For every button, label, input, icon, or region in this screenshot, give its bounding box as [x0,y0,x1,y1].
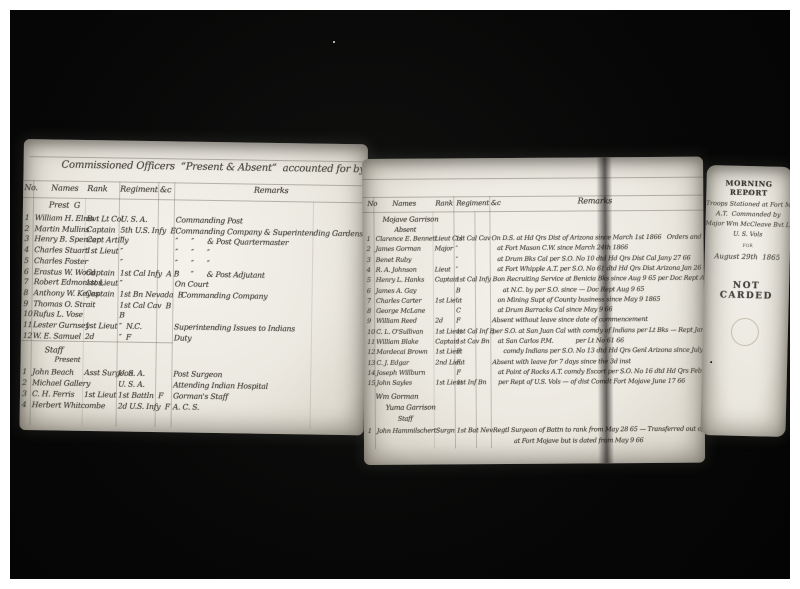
cell-no: 11 [367,338,375,346]
cell-rank [86,257,118,258]
cell-name: C. H. Ferris [32,389,82,399]
cell-regiment: F [456,368,489,376]
cell-regiment: F [456,347,489,355]
cell-name: Rufus L. Vose [33,309,83,319]
cell-no: 9 [23,299,32,308]
cell-regiment: ″ [456,265,489,273]
table-row: 15John Sayles1st Lieut1st Inf Bn per Rep… [364,377,705,390]
footer-staff-label: Staff [398,415,413,423]
cell-name: Henry B. Spencer [34,235,84,245]
cell-rank: 1st Lieut [435,348,455,356]
cell-name: Erastus W. Wood [34,267,84,277]
column-header-remarks: Remarks [492,196,697,206]
cell-no: 4 [367,266,375,274]
cell-regiment: B [456,286,489,294]
cell-name: C. J. Edgar [376,358,432,366]
garrison-table-rows: 1Clarence E. BennettLieut Col1st Cal Cav… [362,157,703,159]
cell-name: Mordecai Brown [376,348,432,356]
cell-no: 10 [367,328,375,336]
staff-section-sublabel: Present [54,356,80,364]
cell-rank: Major [435,245,455,253]
cell-no: 6 [24,267,33,276]
cell-no: 4 [24,245,33,254]
cell-rank: 1st Lieut [84,390,116,400]
cell-rank: Lieut [435,265,455,273]
rule [362,177,703,180]
cell-no: 6 [367,286,375,294]
scan-background: Commissioned Officers “Present & Absent”… [10,10,790,579]
page-crease [596,157,614,463]
staff-table-rows: 1John BeachAsst SurgeonU. S. A.Post Surg… [24,139,368,144]
cell-no: 4 [22,400,31,409]
column-header-rank: Rank [87,184,107,193]
cell-name: George McLane [376,307,432,315]
cell-name: John Sayles [377,379,433,387]
column-header-rank: Rank [435,199,453,207]
garrison-section-sublabel: Absent [394,226,416,234]
cell-rank: Captain [435,276,455,284]
staff-section-label: Staff [45,345,64,354]
cell-rank: Captain [87,225,119,235]
cell-remark: Attending Indian Hospital [173,380,363,392]
cell-rank: 2nd Lieut [435,358,455,366]
cell-regiment: C [456,306,489,314]
cell-regiment: ″ [456,244,489,252]
cell-name: C. L. O'Sullivan [376,327,432,335]
cell-name: R. A. Johnson [376,265,432,273]
cell-no: 9 [367,317,375,325]
officer-table-rows: 1William H. ElmsBvt Lt ColU. S. A.Comman… [24,139,368,144]
cell-no: 5 [24,256,33,265]
footer-row-rank: Surgn [436,426,455,434]
cell-no: 11 [23,320,32,329]
cell-remark: Gorman's Staff [173,391,363,403]
cell-rank: Capt Artilly [86,235,118,245]
column-header-remarks: Remarks [175,184,367,196]
cell-rank: Bvt Lt Col [87,214,119,224]
card-of-label: OF [706,191,790,198]
cell-name: Benet Ruby [376,255,432,263]
column-header-no: No. [24,183,38,192]
cell-remark: Post Surgeon [173,369,363,381]
cell-rank: Asst Surgeon [84,368,116,378]
cell-name: William Blake [376,338,432,346]
cell-no: 10 [23,309,32,318]
cell-regiment: 1st Bn Nevada B [120,289,172,299]
page-title: Commissioned Officers “Present & Absent”… [62,160,368,176]
column-header-no: No [367,200,377,208]
cell-regiment: 1st Cal Inf B [456,327,489,335]
embossed-seal [731,318,760,347]
cell-name: Robert Edmonston [34,277,84,287]
ledger-right-page: No Names Rank Regiment &c Remarks Mojave… [362,157,705,465]
cell-name: Clarence E. Bennett [376,235,432,243]
cell-regiment: ″ N.C. [119,322,171,332]
cell-regiment: 2d U.S. Infy F [118,402,170,412]
cell-name: Lester Gurnsey [33,320,83,330]
cell-name: Herbert Whitcombe [32,400,82,410]
cell-no: 2 [22,378,31,387]
cell-rank: 2d [435,317,455,325]
cell-name: John Beach [32,367,82,377]
cell-regiment: 1st Cal Infy B [456,275,489,283]
cell-rank: Captain [86,289,118,299]
cell-name: James A. Gay [376,286,432,294]
cell-no: 2 [367,245,375,253]
cell-no: 3 [367,256,375,264]
cell-no: 15 [368,379,376,387]
column-header-regiment: Regiment &c [120,185,171,195]
cell-rank: 1st Lieut [436,379,456,387]
cell-name: Martin Mullins [35,224,85,234]
cell-no: 12 [23,331,32,340]
cell-regiment: B [119,311,171,321]
cell-no: 1 [367,235,375,243]
cell-no: 7 [24,277,33,286]
cell-regiment: ″ [120,236,172,246]
cell-regiment: 1st Inf Bn [457,378,490,386]
ledger-left-page: Commissioned Officers “Present & Absent”… [19,139,368,435]
cell-no: 8 [367,307,375,315]
cell-name: Charles Stuart [34,245,84,255]
cell-name: Thomas O. Strait [33,299,83,309]
footer-row-regiment: 1st Bat Nev [457,426,493,434]
cell-regiment: ″ [120,279,172,289]
cell-regiment: 1st Cav Bn [456,337,489,345]
cell-no: 3 [24,234,33,243]
card-for-label: FOR [705,243,790,250]
cell-rank: Captain [86,267,118,277]
cell-rank: Lieut Col [435,234,455,242]
cell-remark: Duty [174,333,364,345]
cell-no: 7 [367,297,375,305]
cell-rank: 1st Lieut [435,296,455,304]
cell-regiment: F [456,358,489,366]
cell-rank [85,310,117,311]
cell-regiment: F [456,317,489,325]
cell-rank: 2d [85,332,117,342]
cell-no: 14 [367,369,375,377]
column-header-names: Names [392,200,416,208]
dust-speck [710,361,712,363]
cell-no: 12 [367,348,375,356]
footer-row-name: John Hammilschert [377,426,436,434]
cell-no: 3 [22,389,31,398]
cell-no: 1 [25,213,34,222]
cell-regiment: ″ F [119,332,171,342]
cell-rank: Captain [435,337,455,345]
cell-regiment: 5th U.S. Infy E [121,225,173,235]
dust-speck [333,41,335,43]
cell-name: Michael Gallery [32,378,82,388]
footer-signature: Wm Gorman [376,393,419,401]
cell-no: 13 [367,359,375,367]
cell-rank: 1st Lieut [435,327,455,335]
card-line-2: A.T. Commanded by [706,210,790,219]
column-header-names: Names [51,183,78,192]
cell-rank: 1st Lieut [86,246,118,256]
cell-name: William H. Elms [35,213,85,223]
cell-no: 2 [25,224,34,233]
cell-name: W. E. Samuel [33,331,83,341]
cell-regiment: 1st Cal Infy A B [120,268,172,278]
cell-no: 1 [22,367,31,376]
card-line-4: U. S. Vols [705,230,790,239]
cell-no: 8 [24,288,33,297]
cell-regiment: ″ [120,247,172,257]
morning-report-card: MORNING REPORT OF Troops Stationed at Fo… [700,165,790,437]
garrison-section-label: Mojave Garrison [382,215,438,223]
cell-name: Anthony W. Keyes [34,288,84,298]
cell-name: James Gorman [376,245,432,253]
cell-remark: A. C. S. [173,402,363,414]
cell-regiment: ″ [456,296,489,304]
cell-no: 5 [367,276,375,284]
footer-row-remark-2: at Fort Mojave but is dated from May 9 6… [514,436,644,445]
cell-name: Henry L. Hanks [376,276,432,284]
cell-regiment: 1st Cal Cav B [119,300,171,310]
not-carded-stamp-line2: CARDED [704,290,789,302]
rule [362,210,703,213]
footer-garrison-label: Yuma Garrison [386,403,436,411]
cell-regiment: U. S. A. [118,369,170,379]
card-line-3: Major Wm McCleave Bvt Lt Col [705,220,790,229]
section-label: Prest G [49,200,80,209]
cell-regiment: 1st Cal Cav [456,234,489,242]
cell-name: Joseph Willburn [376,368,432,376]
cell-name: William Reed [376,317,432,325]
cell-regiment: U. S. A. [118,380,170,390]
card-date: August 29th 1865 [705,252,790,262]
footer-row-no: 1 [368,427,372,435]
card-line-1: Troops Stationed at Fort Mojave [706,200,790,209]
cell-regiment: 1st Battln F [118,391,170,401]
cell-rank: 1st Lieut [86,278,118,288]
cell-regiment: ″ [456,255,489,263]
cell-regiment: ″ [120,257,172,267]
cell-name: Charles Foster [34,256,84,266]
cell-name: Charles Carter [376,296,432,304]
cell-regiment: U. S. A. [121,215,173,225]
cell-rank: 1st Lieut [85,321,117,331]
